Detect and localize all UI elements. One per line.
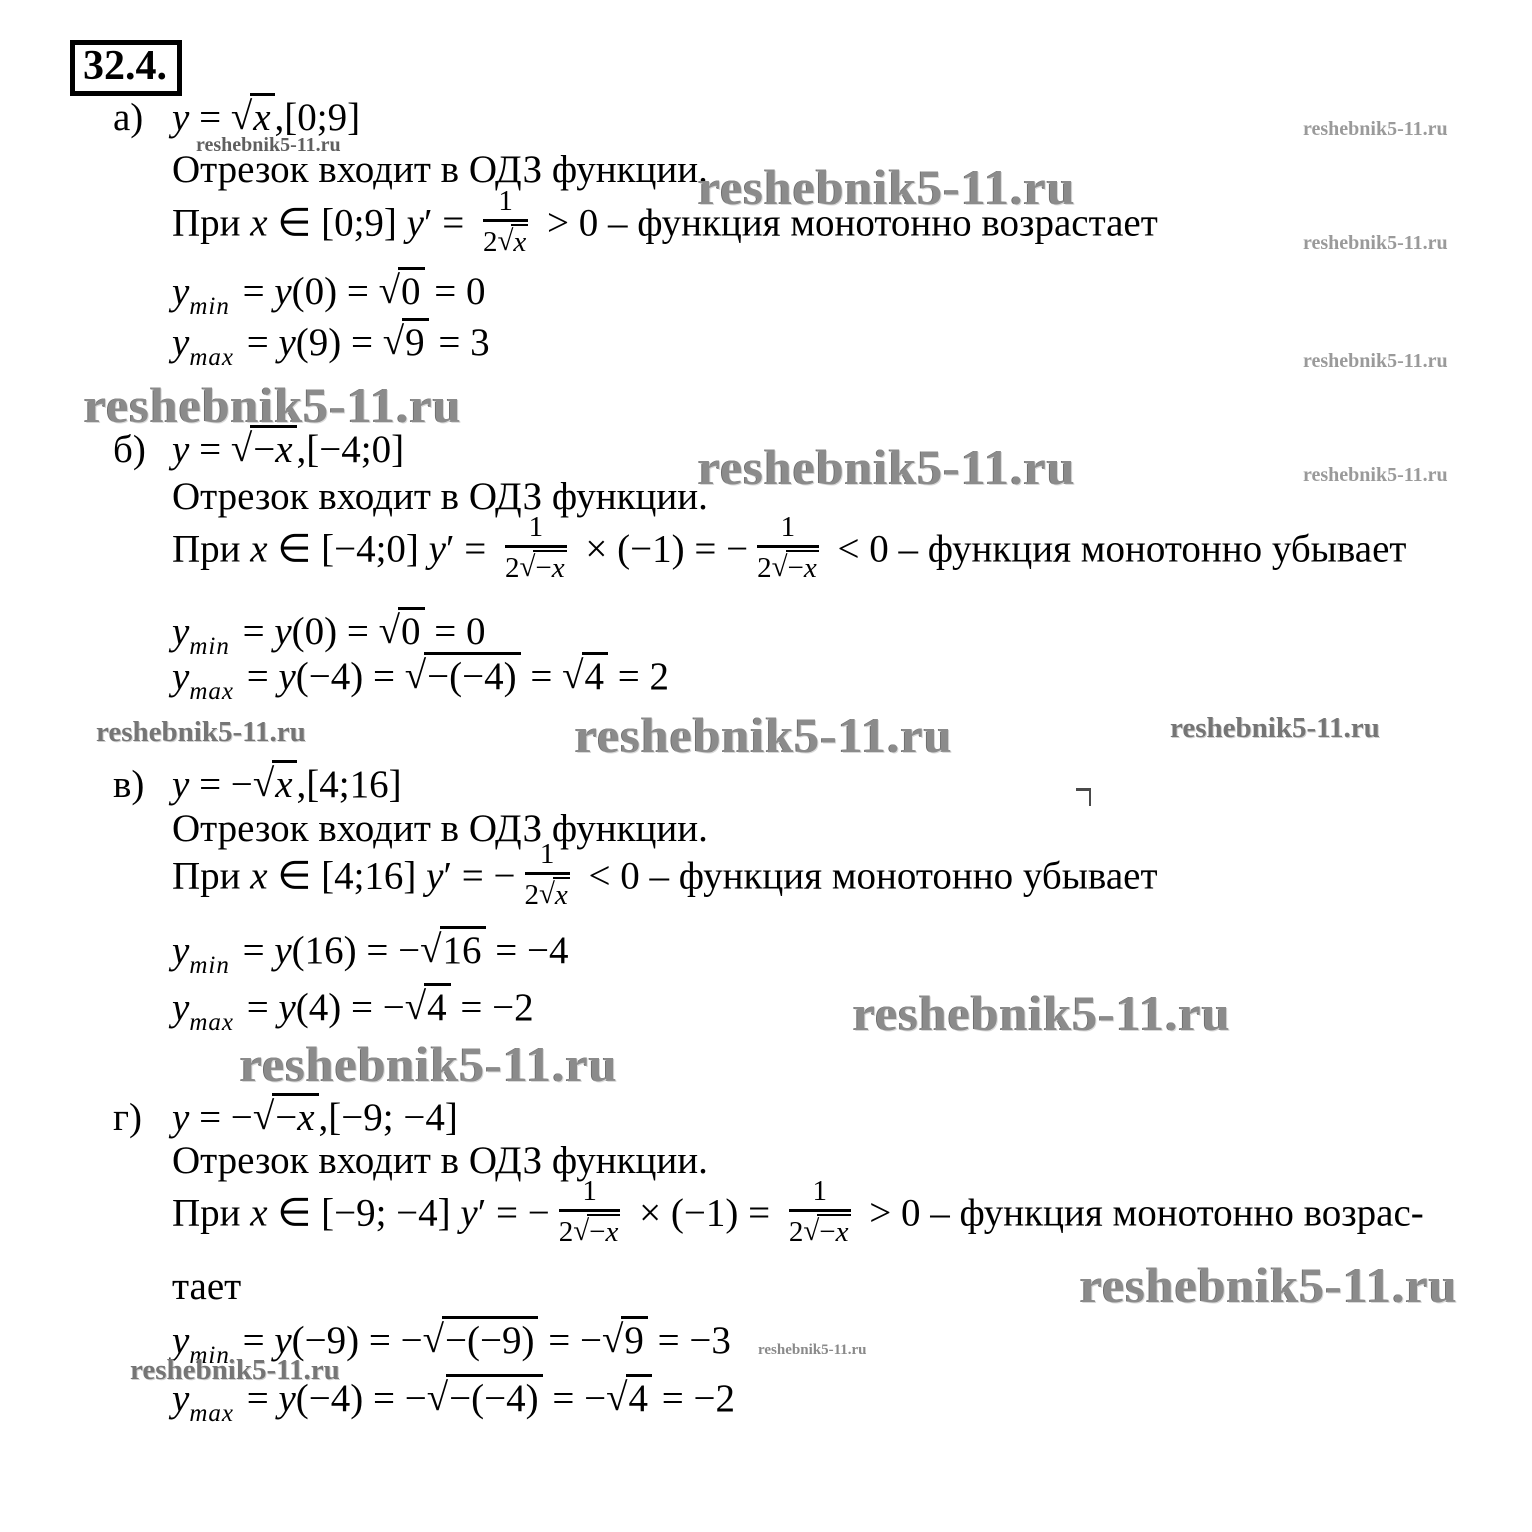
section-g-derivative: При x ∈ [−9; −4] y′ = −12√−x × (−1) = 12… [172,1180,1424,1253]
radical: √x [539,879,570,911]
problem-number-box: 32.4. [70,40,182,96]
radical-sign-icon: √ [379,608,400,655]
radical-sign-icon: √ [379,268,400,315]
section-b-formula: y = √−x,[−4;0] [172,428,404,471]
watermark-stamp: reshebnik5-11.ru [575,706,953,764]
radical: √9 [383,321,429,364]
fraction: 12√−x [559,1176,621,1249]
section-b-label: б) [113,427,172,474]
radical: √−x [519,552,566,584]
radical-sign-icon: √ [602,1317,623,1364]
watermark-stamp: reshebnik5-11.ru [1303,232,1448,255]
radical-sign-icon: √ [420,927,441,974]
radical: √x [253,763,297,806]
radical-sign-icon: √ [498,226,514,256]
radical: √−x [253,1096,319,1139]
radical: √−x [573,1216,620,1248]
radical: √4 [606,1377,652,1420]
radical: √x [498,226,529,258]
section-v-ymin: ymin = y(16) = −√16 = −4 [172,926,569,981]
radical-sign-icon: √ [539,879,555,909]
section-b-derivative: При x ∈ [−4;0] y′ = 12√−x × (−1) = −12√−… [172,516,1406,589]
section-b-head: б)y = √−x,[−4;0] [113,425,404,474]
radical-sign-icon: √ [405,653,426,700]
radical: √4 [405,986,451,1029]
radical-sign-icon: √ [519,552,535,582]
radical-sign-icon: √ [772,552,788,582]
radical-sign-icon: √ [427,1375,448,1422]
radical-sign-icon: √ [562,653,583,700]
section-g-head: г)y = −√−x,[−9; −4] [113,1093,458,1142]
section-a-odz: Отрезок входит в ОДЗ функции. [172,147,708,194]
fraction: 12√x [525,839,570,912]
section-a-ymax: ymax = y(9) = √9 = 3 [172,318,490,373]
section-b-ymax: ymax = y(−4) = √−(−4) = √4 = 2 [172,652,669,707]
radical-sign-icon: √ [253,1094,274,1141]
watermark-stamp: reshebnik5-11.ru [1303,350,1448,373]
section-g-ymax: ymax = y(−4) = −√−(−4) = −√4 = −2 [172,1374,735,1429]
radical: √−(−4) [427,1377,543,1420]
section-g-formula: y = −√−x,[−9; −4] [172,1096,458,1139]
watermark-stamp: reshebnik5-11.ru [758,1342,867,1359]
radical-sign-icon: √ [573,1216,589,1246]
radical-sign-icon: √ [803,1216,819,1246]
fraction: 12√−x [505,512,567,585]
watermark-stamp: reshebnik5-11.ru [1080,1256,1458,1314]
radical: √x [231,96,275,139]
section-g-label: г) [113,1095,172,1142]
radical-sign-icon: √ [253,761,274,808]
radical: √−(−9) [423,1319,539,1362]
watermark-stamp: reshebnik5-11.ru [1170,712,1380,745]
section-v-label: в) [113,762,172,809]
radical: √−x [231,428,297,471]
scan-artifact-mark [1076,788,1091,806]
section-v-head: в)y = −√x,[4;16] [113,760,402,809]
radical: √16 [420,929,485,972]
radical-sign-icon: √ [231,94,252,141]
radical-sign-icon: √ [405,984,426,1031]
radical-sign-icon: √ [383,319,404,366]
section-a-formula: y = √x,[0;9] [172,96,360,139]
watermark-stamp: reshebnik5-11.ru [698,438,1076,496]
section-a-derivative: При x ∈ [0;9] y′ = 12√x > 0 – функция мо… [172,190,1158,263]
section-a-head: а)y = √x,[0;9] [113,93,360,142]
radical: √−x [772,552,819,584]
radical-sign-icon: √ [423,1317,444,1364]
radical: √9 [602,1319,648,1362]
radical: √−x [803,1216,850,1248]
section-b-odz: Отрезок входит в ОДЗ функции. [172,474,708,521]
radical: √4 [562,655,608,698]
solution-page: 32.4. а)y = √x,[0;9] Отрезок входит в ОД… [0,0,1532,1532]
watermark-stamp: reshebnik5-11.ru [96,716,306,749]
radical-sign-icon: √ [606,1375,627,1422]
section-g-odz: Отрезок входит в ОДЗ функции. [172,1138,708,1185]
section-v-formula: y = −√x,[4;16] [172,763,402,806]
watermark-stamp: reshebnik5-11.ru [240,1035,618,1093]
section-g-ymin: ymin = y(−9) = −√−(−9) = −√9 = −3 [172,1316,731,1371]
section-g-derivative-wrap: тает [172,1264,241,1311]
section-a-label: а) [113,95,172,142]
fraction: 12√−x [757,512,819,585]
watermark-stamp: reshebnik5-11.ru [853,984,1231,1042]
radical: √−(−4) [405,655,521,698]
radical-sign-icon: √ [231,426,252,473]
fraction: 12√x [483,186,528,259]
fraction: 12√−x [789,1176,851,1249]
watermark-stamp: reshebnik5-11.ru [1303,464,1448,487]
section-a-ymin: ymin = y(0) = √0 = 0 [172,267,486,322]
section-v-ymax: ymax = y(4) = −√4 = −2 [172,983,534,1038]
watermark-stamp: reshebnik5-11.ru [1303,118,1448,141]
section-v-derivative: При x ∈ [4;16] y′ = −12√x < 0 – функция … [172,843,1158,916]
radical: √0 [379,270,425,313]
radical: √0 [379,610,425,653]
